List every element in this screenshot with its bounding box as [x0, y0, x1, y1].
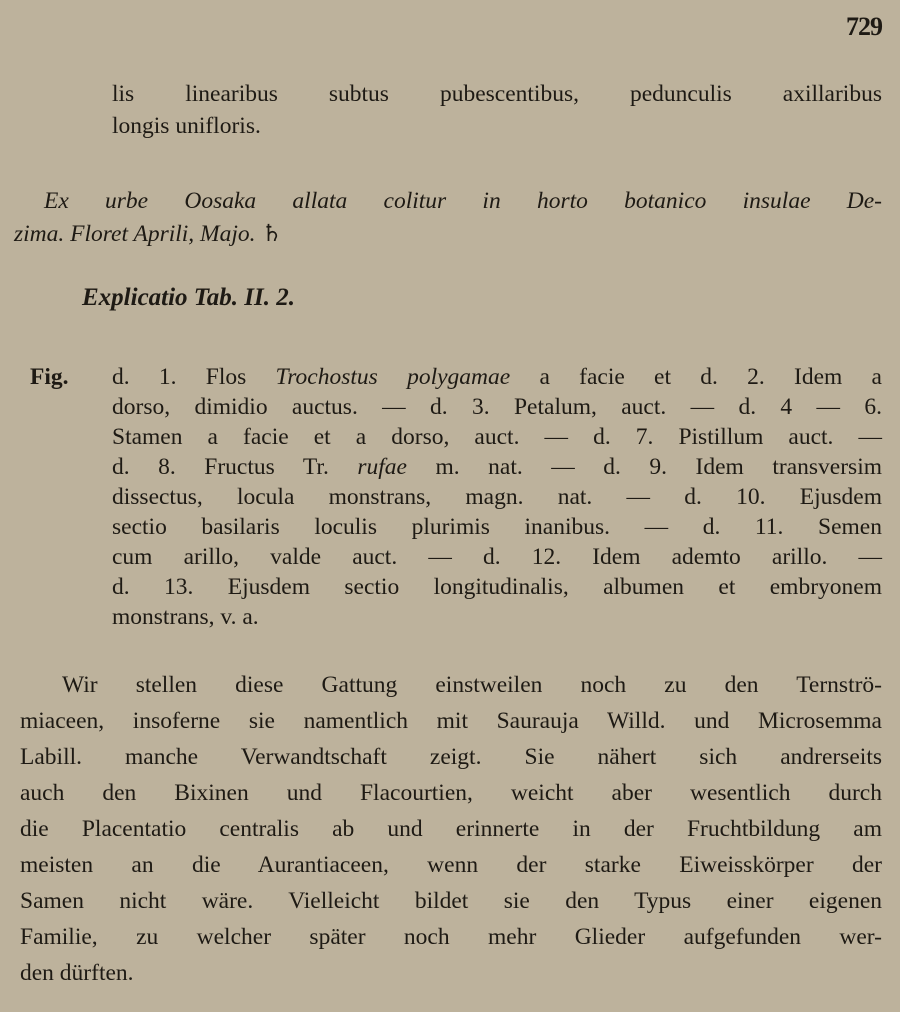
- text-line: auch den Bixinen und Flacourtien, weicht…: [20, 778, 882, 808]
- text-line: die Placentatio centralis ab und erinner…: [20, 814, 882, 844]
- text-line: lis linearibus subtus pubescentibus, ped…: [112, 79, 882, 109]
- fig-line: sectio basilaris loculis plurimis inanib…: [112, 512, 882, 542]
- page-number: 729: [846, 12, 882, 42]
- species-name: rufae: [357, 454, 407, 480]
- text-line: miaceen, insoferne sie namentlich mit Sa…: [20, 706, 882, 736]
- fig-line: dorso, dimidio auctus. — d. 3. Petalum, …: [112, 392, 882, 422]
- fig-line: monstrans, v. a.: [112, 602, 259, 632]
- text-line: Samen nicht wäre. Vielleicht bildet sie …: [20, 886, 882, 916]
- text-line: Wir stellen diese Gattung einstweilen no…: [62, 670, 882, 700]
- text-line: Familie, zu welcher später noch mehr Gli…: [20, 922, 882, 952]
- fig-line: d. 8. Fructus Tr. rufae m. nat. — d. 9. …: [112, 452, 882, 482]
- text-line: zima. Floret Aprili, Majo. ♄: [14, 219, 282, 249]
- book-page: 729 lis linearibus subtus pubescentibus,…: [0, 0, 900, 1012]
- text-line: Labill. manche Verwandtschaft zeigt. Sie…: [20, 742, 882, 772]
- fig-line: dissectus, locula monstrans, magn. nat. …: [112, 482, 882, 512]
- text-line: Ex urbe Oosaka allata colitur in horto b…: [44, 186, 882, 216]
- text-line: den dürften.: [20, 958, 134, 988]
- species-name: Trochostus polygamae: [276, 364, 511, 390]
- fig-line: d. 1. Flos Trochostus polygamae a facie …: [112, 362, 882, 392]
- text-line: meisten an die Aurantiaceen, wenn der st…: [20, 850, 882, 880]
- section-heading: Explicatio Tab. II. 2.: [82, 283, 295, 313]
- fig-line: cum arillo, valde auct. — d. 12. Idem ad…: [112, 542, 882, 572]
- fig-line: Stamen a facie et a dorso, auct. — d. 7.…: [112, 422, 882, 452]
- fig-line: d. 13. Ejusdem sectio longitudinalis, al…: [112, 572, 882, 602]
- text-line: longis unifloris.: [112, 111, 261, 141]
- fig-label: Fig.: [30, 362, 69, 392]
